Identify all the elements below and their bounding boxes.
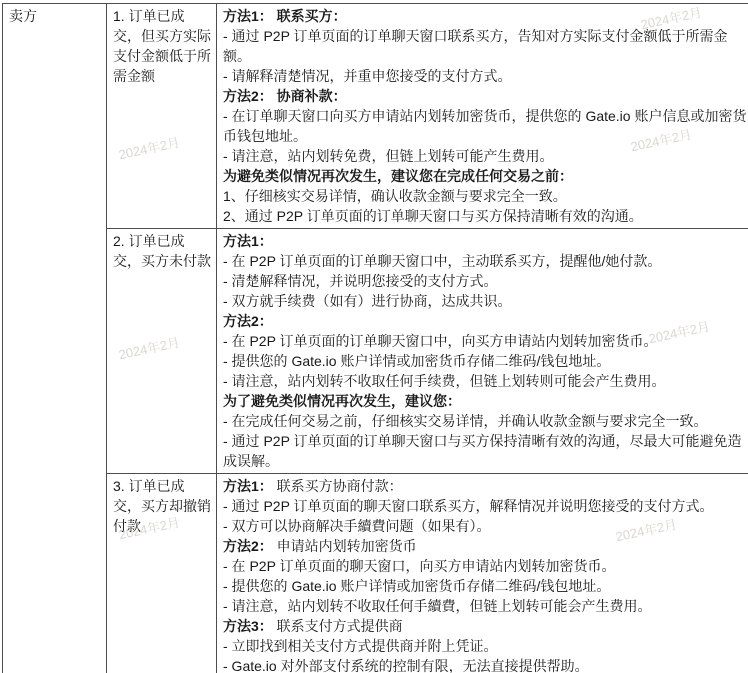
table-row: 卖方1. 订单已成交，但买方实际支付金额低于所需金额方法1： 联系买方：- 通过…	[3, 4, 748, 229]
solutions-cell: 方法1： 联系买方协商付款：- 通过 P2P 订单页面的聊天窗口联系买方，解释情…	[217, 474, 748, 673]
solution-line: - 提供您的 Gate.io 账户详情或加密货币存储二维码/钱包地址。	[223, 351, 747, 371]
solution-line: 1、仔细核实交易详情，确认收款金额与要求完全一致。	[223, 186, 747, 206]
solution-line: 方法1： 联系买方协商付款：	[223, 476, 747, 496]
solution-line: - 在订单聊天窗口向买方申请站内划转加密货币，提供您的 Gate.io 账户信息…	[223, 106, 747, 146]
solution-line: 方法2：	[223, 311, 747, 331]
scenario-cell: 1. 订单已成交，但买方实际支付金额低于所需金额	[107, 4, 217, 229]
table-row: 3. 订单已成交，买方却撤销付款方法1： 联系买方协商付款：- 通过 P2P 订…	[3, 474, 748, 673]
solution-line: - Gate.io 对外部支付系统的控制有限，无法直接提供帮助。	[223, 656, 747, 673]
solution-line: 方法1：	[223, 231, 747, 251]
solution-line: - 在 P2P 订单页面的订单聊天窗口中，向买方申请站内划转加密货币。	[223, 331, 747, 351]
solution-line: - 在完成任何交易之前，仔细核实交易详情，并确认收款金额与要求完全一致。	[223, 411, 747, 431]
scenario-cell: 2. 订单已成交，买方未付款	[107, 229, 217, 474]
solution-line: - 立即找到相关支付方式提供商并附上凭证。	[223, 636, 747, 656]
solution-line: - 请注意，站内划转不收取任何手续费，但链上划转则可能会产生费用。	[223, 371, 747, 391]
solution-line: - 在 P2P 订单页面的聊天窗口，向买方申请站内划转加密货币。	[223, 556, 747, 576]
solution-line: - 提供您的 Gate.io 账户详情或加密货币存储二维码/钱包地址。	[223, 576, 747, 596]
solution-line: 方法1： 联系买方：	[223, 6, 747, 26]
solution-line: 方法2： 协商补款：	[223, 86, 747, 106]
table-row: 2. 订单已成交，买方未付款方法1：- 在 P2P 订单页面的订单聊天窗口中，主…	[3, 229, 748, 474]
solution-line: 2、通过 P2P 订单页面的订单聊天窗口与买方保持清晰有效的沟通。	[223, 206, 747, 226]
p2p-seller-issues-table: 卖方1. 订单已成交，但买方实际支付金额低于所需金额方法1： 联系买方：- 通过…	[2, 3, 748, 673]
solution-line: - 双方就手续费（如有）进行协商，达成共识。	[223, 291, 747, 311]
solution-line: - 请注意，站内划转不收取任何手續費，但链上划转可能会产生费用。	[223, 596, 747, 616]
scenario-cell: 3. 订单已成交，买方却撤销付款	[107, 474, 217, 673]
solution-line: 方法2： 申请站内划转加密货币	[223, 536, 747, 556]
solution-line: 为了避免类似情况再次发生，建议您：	[223, 391, 747, 411]
solution-line: - 请注意，站内划转免费，但链上划转可能产生费用。	[223, 146, 747, 166]
role-cell: 卖方	[3, 4, 107, 673]
solutions-cell: 方法1： 联系买方：- 通过 P2P 订单页面的订单聊天窗口联系买方，告知对方实…	[217, 4, 748, 229]
solution-line: - 清楚解释情况，并说明您接受的支付方式。	[223, 271, 747, 291]
solution-line: 方法3： 联系支付方式提供商	[223, 616, 747, 636]
solution-line: - 请解释清楚情况，并重申您接受的支付方式。	[223, 66, 747, 86]
solution-line: - 在 P2P 订单页面的订单聊天窗口中，主动联系买方，提醒他/她付款。	[223, 251, 747, 271]
solution-line: 为避免类似情况再次发生，建议您在完成任何交易之前：	[223, 166, 747, 186]
solution-line: - 通过 P2P 订单页面的订单聊天窗口与买方保持清晰有效的沟通，尽最大可能避免…	[223, 431, 747, 471]
solution-line: - 双方可以协商解决手續費问题（如果有）。	[223, 516, 747, 536]
solutions-cell: 方法1：- 在 P2P 订单页面的订单聊天窗口中，主动联系买方，提醒他/她付款。…	[217, 229, 748, 474]
solution-line: - 通过 P2P 订单页面的聊天窗口联系买方，解释情况并说明您接受的支付方式。	[223, 496, 747, 516]
solution-line: - 通过 P2P 订单页面的订单聊天窗口联系买方，告知对方实际支付金额低于所需金…	[223, 26, 747, 66]
